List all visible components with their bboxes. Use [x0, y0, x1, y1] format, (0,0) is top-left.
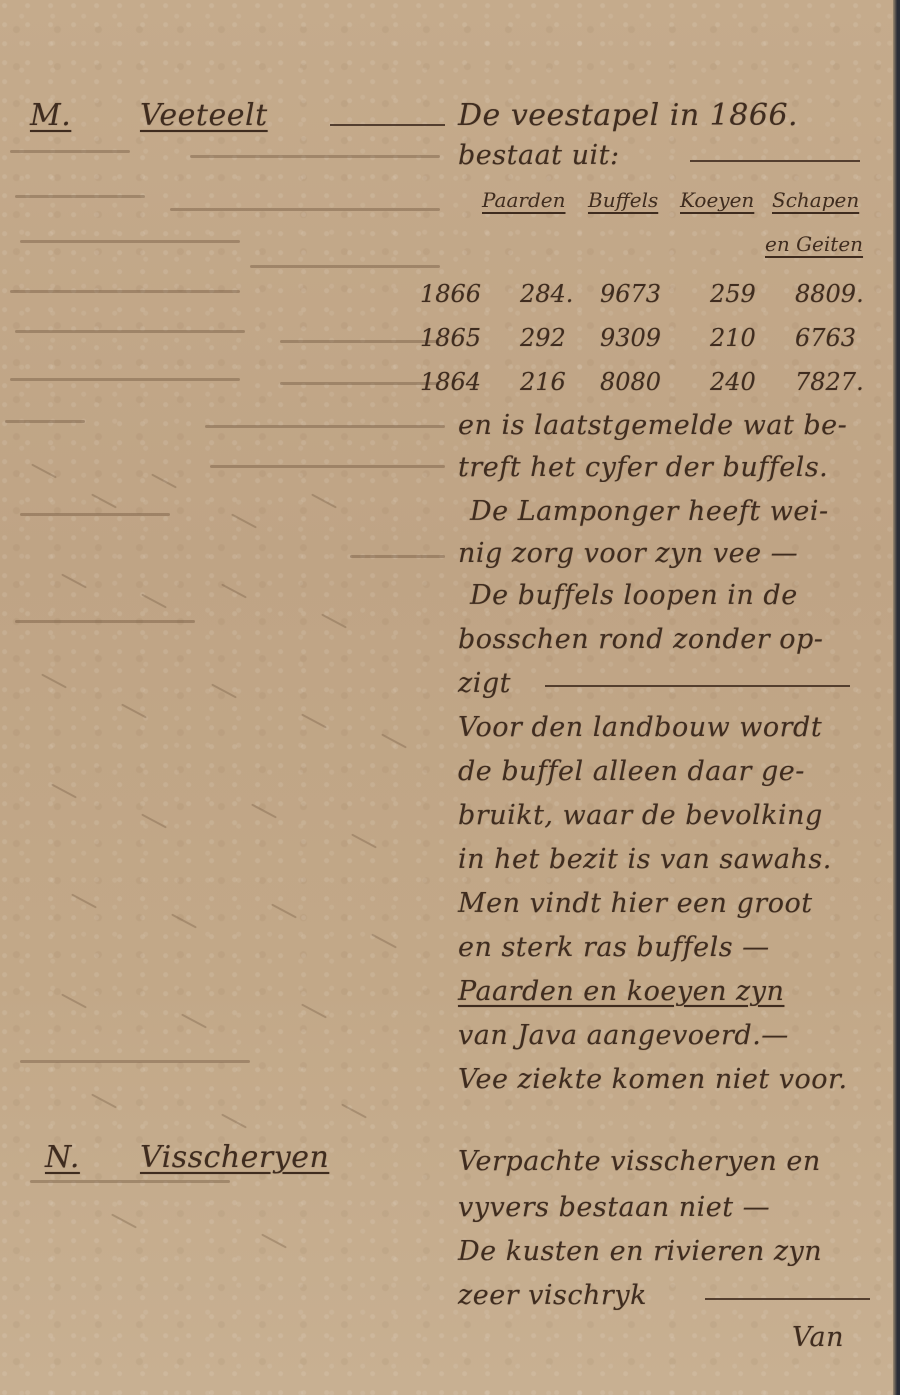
intro-line-1: De veestapel in 1866.	[458, 98, 798, 133]
section-m-letter: M.	[30, 98, 71, 133]
section-n-title: Visscheryen	[140, 1140, 329, 1175]
column-header-koeyen: Koeyen	[680, 188, 754, 212]
paragraph-line: Men vindt hier een groot	[458, 888, 813, 919]
paragraph-line: bruikt, waar de bevolking	[458, 800, 823, 831]
cell-year: 1865	[420, 324, 481, 352]
cell-buffels: 9309	[600, 324, 661, 352]
paragraph-line: treft het cyfer der buffels.	[458, 452, 828, 483]
cell-paarden: 216	[520, 368, 566, 396]
paragraph-line: De buffels loopen in de	[470, 580, 798, 611]
paragraph-line: Paarden en koeyen zyn	[458, 976, 784, 1007]
cell-schapen-geiten: 6763	[795, 324, 856, 352]
paragraph-line: Vee ziekte komen niet voor.	[458, 1064, 848, 1095]
cell-paarden: 292	[520, 324, 566, 352]
cell-year: 1866	[420, 280, 481, 308]
cell-year: 1864	[420, 368, 481, 396]
page-edge	[893, 0, 900, 1395]
column-header-schapen: Schapen	[772, 188, 859, 212]
paragraph-line: Voor den landbouw wordt	[458, 712, 822, 743]
paragraph-line: bosschen rond zonder op-	[458, 624, 823, 655]
paragraph-line: De kusten en rivieren zyn	[458, 1236, 822, 1267]
paragraph-rule	[705, 1298, 870, 1300]
intro-line-2: bestaat uit:	[458, 140, 620, 171]
cell-schapen-geiten: 8809.	[795, 280, 864, 308]
cell-koeyen: 240	[710, 368, 756, 396]
paragraph-line: nig zorg voor zyn vee —	[458, 538, 798, 569]
cell-buffels: 9673	[600, 280, 661, 308]
paragraph-line: in het bezit is van sawahs.	[458, 844, 832, 875]
column-header-schapen-line-2: en Geiten	[765, 232, 863, 256]
cell-paarden: 284.	[520, 280, 573, 308]
paragraph-line: De Lamponger heeft wei-	[470, 496, 829, 527]
paragraph-rule	[545, 685, 850, 687]
paragraph-line: van Java aangevoerd.—	[458, 1020, 789, 1051]
column-header-paarden: Paarden	[482, 188, 566, 212]
cell-koeyen: 210	[710, 324, 756, 352]
paragraph-line: zeer vischryk	[458, 1280, 647, 1311]
paragraph-line: en is laatstgemelde wat be-	[458, 410, 847, 441]
table-row: 1866 284. 9673 259 8809.	[420, 280, 870, 314]
paragraph-line: Verpachte visscheryen en	[458, 1146, 821, 1177]
cell-schapen-geiten: 7827.	[795, 368, 864, 396]
paragraph-line: zigt	[458, 668, 511, 699]
cell-buffels: 8080	[600, 368, 661, 396]
paragraph-line: en sterk ras buffels —	[458, 932, 770, 963]
paragraph-line: de buffel alleen daar ge-	[458, 756, 805, 787]
table-row: 1865 292 9309 210 6763	[420, 324, 870, 358]
section-n-letter: N.	[45, 1140, 80, 1175]
section-m-title: Veeteelt	[140, 98, 268, 133]
manuscript-page: M. Veeteelt De veestapel in 1866. bestaa…	[0, 0, 893, 1395]
cell-koeyen: 259	[710, 280, 756, 308]
catchword: Van	[792, 1322, 844, 1353]
table-row: 1864 216 8080 240 7827.	[420, 368, 870, 402]
intro-rule	[690, 160, 860, 162]
heading-rule	[330, 124, 445, 126]
column-header-buffels: Buffels	[588, 188, 658, 212]
paragraph-line: vyvers bestaan niet —	[458, 1192, 770, 1223]
